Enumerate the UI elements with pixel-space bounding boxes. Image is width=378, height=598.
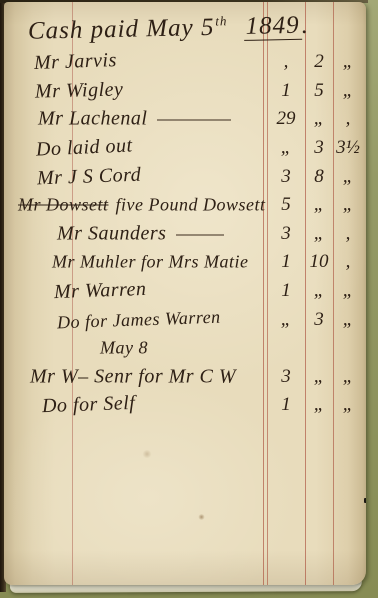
- amount-shillings: „: [306, 223, 332, 245]
- amount-pence: 3½: [331, 137, 365, 159]
- amount-pence: ,: [331, 251, 365, 273]
- amount-shillings: 10: [306, 251, 332, 273]
- ledger-entries: Mr Jarvis , 2 „ Mr Wigley 1 5 „ Mr Lache…: [4, 48, 366, 420]
- ledger-row: Do laid out „ 3 3½: [4, 134, 366, 163]
- ledger-row: Mr Jarvis , 2 „: [4, 48, 366, 77]
- amount-pounds: 1: [266, 80, 306, 102]
- amount-shillings: 3: [306, 137, 332, 159]
- edge-mark: [364, 498, 366, 503]
- amount-pounds: 1: [266, 394, 306, 416]
- amount-pounds: 3: [266, 366, 306, 388]
- entry-name: Mr Muhler for Mrs Matie: [52, 252, 248, 273]
- ledger-row: Mr Dowsettfive Pound Dowsett 5 „ „: [4, 191, 366, 220]
- entry-name: Mr Wigley: [35, 78, 124, 103]
- amount-pence: „: [331, 309, 365, 331]
- entry-name: Do for Self: [42, 392, 136, 418]
- ledger-row: Mr Warren 1 „ „: [4, 277, 366, 306]
- amount-shillings: „: [306, 366, 332, 388]
- title-text: Cash paid May 5: [28, 14, 215, 45]
- title-superscript: th: [215, 13, 227, 28]
- amount-pence: ,: [331, 223, 365, 245]
- ledger-row: Mr J S Cord 3 8 „: [4, 162, 366, 191]
- amount-shillings: „: [306, 394, 332, 416]
- amount-shillings: „: [306, 194, 332, 216]
- entry-name: Mr Warren: [54, 278, 147, 304]
- scanned-ledger-photo: { "ledger": { "header": { "prefix": "Cas…: [0, 0, 378, 598]
- amount-pence: „: [331, 194, 365, 216]
- title-period: .: [301, 12, 309, 39]
- amount-pence: „: [331, 80, 365, 102]
- amount-pence: „: [331, 280, 365, 302]
- ledger-row: Mr Lachenal 29 „ ,: [4, 105, 366, 134]
- amount-pounds: 5: [266, 194, 306, 216]
- amount-pence: ,: [331, 108, 365, 130]
- title-year-underlined: 1849: [243, 12, 302, 41]
- ledger-row: Do for Self 1 „ „: [4, 391, 366, 420]
- amount-shillings: 8: [306, 166, 332, 188]
- ledger-page: Cash paid May 5th1849. Mr Jarvis , 2 „ M…: [4, 2, 366, 585]
- ledger-row: Mr W– Senr for Mr C W 3 „ „: [4, 363, 366, 392]
- amount-pounds: 1: [266, 280, 306, 302]
- amount-pounds: 1: [266, 251, 306, 273]
- flourish-dash: [157, 120, 231, 121]
- amount-pounds: ,: [266, 51, 306, 73]
- ledger-row: Do for James Warren „ 3 „: [4, 305, 366, 334]
- amount-shillings: 2: [306, 51, 332, 73]
- amount-pounds: 3: [266, 166, 306, 188]
- amount-pounds: „: [266, 309, 306, 331]
- paper-stain: [142, 450, 152, 458]
- entry-name: Mr Jarvis: [34, 49, 118, 75]
- entry-name: five Pound Dowsett: [116, 195, 266, 215]
- amount-pounds: 3: [266, 223, 306, 245]
- entry-name: Mr Saunders: [57, 222, 166, 244]
- amount-pence: „: [331, 166, 365, 188]
- amount-pounds: 29: [266, 108, 306, 130]
- entry-name: Mr J S Cord: [37, 163, 142, 190]
- flourish-dash: [176, 234, 224, 235]
- amount-shillings: „: [306, 108, 332, 130]
- amount-pence: „: [331, 51, 365, 73]
- amount-shillings: „: [306, 280, 332, 302]
- amount-pence: „: [331, 366, 365, 388]
- entry-name: Mr W– Senr for Mr C W: [30, 365, 236, 388]
- amount-shillings: 3: [306, 309, 332, 331]
- ink-stain: [198, 514, 205, 520]
- entry-name: Mr Lachenal: [38, 108, 147, 130]
- ledger-row: Mr Saunders 3 „ ,: [4, 220, 366, 249]
- amount-shillings: 5: [306, 80, 332, 102]
- ledger-subheader-row: May 8: [4, 334, 366, 363]
- date-subheader: May 8: [100, 338, 148, 359]
- amount-pounds: „: [266, 137, 306, 159]
- ledger-row: Mr Wigley 1 5 „: [4, 77, 366, 106]
- entry-name: Do laid out: [36, 134, 134, 161]
- entry-name-struck-through: Mr Dowsett: [18, 195, 109, 215]
- amount-pence: „: [331, 394, 365, 416]
- ledger-row: Mr Muhler for Mrs Matie 1 10 ,: [4, 248, 366, 277]
- entry-name: Do for James Warren: [57, 306, 221, 333]
